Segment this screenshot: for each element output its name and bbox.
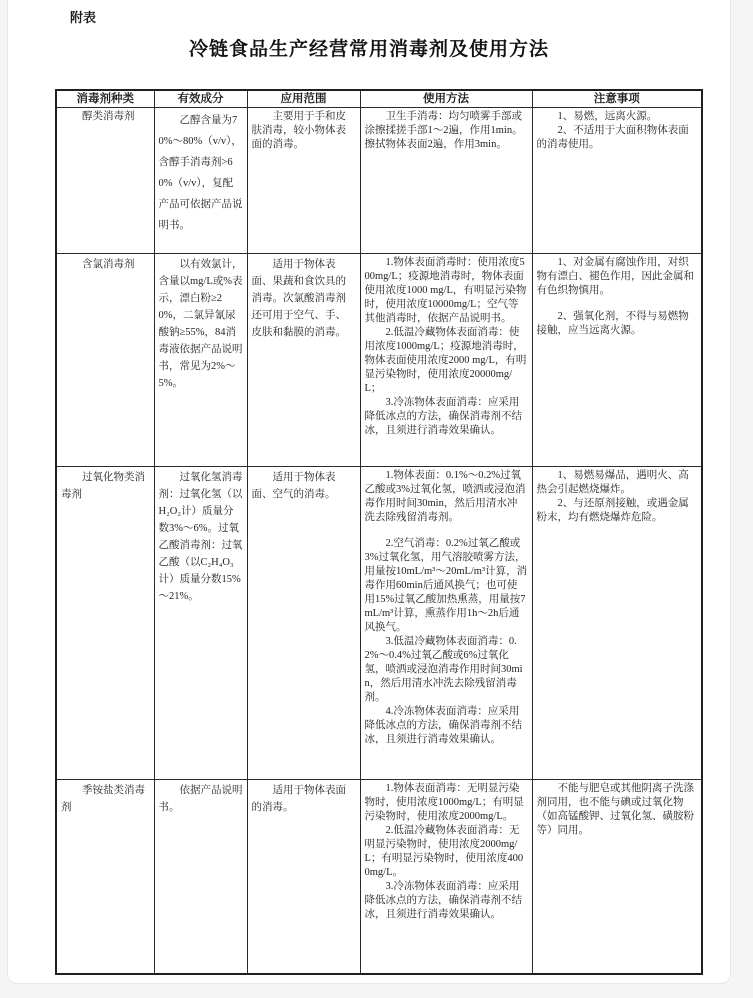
cell-usage: 1.物体表面：0.1%～0.2%过氧乙酸或3%过氧化氢，喷洒或浸泡消毒作用时间3…: [360, 467, 532, 780]
paragraph: 含氯消毒剂: [61, 256, 150, 273]
paragraph: 卫生手消毒：均匀喷雾手部或涂擦揉搓手部1～2遍，作用1min。擦拭物体表面2遍，…: [365, 110, 528, 152]
cell-scope: 适用于物体表面、果蔬和食饮具的消毒。次氯酸消毒剂还可用于空气、手、皮肤和黏膜的消…: [247, 254, 360, 467]
paragraph: 3.冷冻物体表面消毒：应采用降低冰点的方法，确保消毒剂不结冰，且须进行消毒效果确…: [365, 396, 528, 438]
table-header-row: 消毒剂种类 有效成分 应用范围 使用方法 注意事项: [56, 90, 702, 108]
cell-usage: 1.物体表面消毒：无明显污染物时，使用浓度1000mg/L；有明显污染物时，使用…: [360, 780, 532, 974]
paragraph: 3.低温冷藏物体表面消毒：0.2%～0.4%过氧乙酸或6%过氧化氢，喷洒或浸泡消…: [365, 635, 528, 705]
cell-usage: 卫生手消毒：均匀喷雾手部或涂擦揉搓手部1～2遍，作用1min。擦拭物体表面2遍，…: [360, 108, 532, 254]
paragraph: 乙醇含量为70%～80%（v/v），含醇手消毒剂>60%（v/v），复配产品可依…: [159, 110, 243, 236]
paragraph: 2.低温冷藏物体表面消毒：无明显污染物时，使用浓度2000mg/L；有明显污染物…: [365, 824, 528, 880]
table-row-alcohol: 醇类消毒剂 乙醇含量为70%～80%（v/v），含醇手消毒剂>60%（v/v），…: [56, 108, 702, 254]
cell-scope: 主要用于手和皮肤消毒，较小物体表面的消毒。: [247, 108, 360, 254]
paragraph: 适用于物体表面、果蔬和食饮具的消毒。次氯酸消毒剂还可用于空气、手、皮肤和黏膜的消…: [252, 256, 356, 341]
table-row-chlorine: 含氯消毒剂 以有效氯计，含量以mg/L或%表示，漂白粉≥20%，二氯异氰尿酸钠≥…: [56, 254, 702, 467]
paragraph: 1、易燃，远离火源。: [537, 110, 698, 124]
cell-notes: 1、对金属有腐蚀作用，对织物有漂白、褪色作用，因此金属和有色织物慎用。2、强氧化…: [532, 254, 702, 467]
paragraph: 2、强氧化剂，不得与易燃物接触，应当远离火源。: [537, 310, 698, 338]
cell-category: 醇类消毒剂: [56, 108, 154, 254]
cell-category: 过氧化物类消毒剂: [56, 467, 154, 780]
table-row-quaternary-ammonium: 季铵盐类消毒剂 依据产品说明书。 适用于物体表面的消毒。 1.物体表面消毒：无明…: [56, 780, 702, 974]
cell-scope: 适用于物体表面、空气的消毒。: [247, 467, 360, 780]
paragraph: 1.物体表面消毒：无明显污染物时，使用浓度1000mg/L；有明显污染物时，使用…: [365, 782, 528, 824]
paragraph: 4.冷冻物体表面消毒：应采用降低冰点的方法，确保消毒剂不结冰，且须进行消毒效果确…: [365, 705, 528, 747]
paragraph: 依据产品说明书。: [159, 782, 243, 816]
paragraph: 2.空气消毒：0.2%过氧乙酸或3%过氧化氢，用气溶胶喷雾方法，用量按10mL/…: [365, 537, 528, 635]
paragraph: 过氧化物类消毒剂: [61, 469, 150, 503]
header-notes: 注意事项: [532, 90, 702, 108]
paragraph: 2、与还原剂接触，或遇金属粉末，均有燃烧爆炸危险。: [537, 497, 698, 525]
cell-notes: 1、易燃，远离火源。2、不适用于大面积物体表面的消毒使用。: [532, 108, 702, 254]
paragraph: 1.物体表面消毒时：使用浓度500mg/L；疫源地消毒时，物体表面使用浓度100…: [365, 256, 528, 326]
cell-category: 季铵盐类消毒剂: [56, 780, 154, 974]
paragraph: 1、易燃易爆品，遇明火、高热会引起燃烧爆炸。: [537, 469, 698, 497]
paragraph: 适用于物体表面、空气的消毒。: [252, 469, 356, 503]
paragraph: 醇类消毒剂: [61, 110, 150, 124]
paragraph: 3.冷冻物体表面消毒：应采用降低冰点的方法，确保消毒剂不结冰，且须进行消毒效果确…: [365, 880, 528, 922]
cell-category: 含氯消毒剂: [56, 254, 154, 467]
paragraph: 季铵盐类消毒剂: [61, 782, 150, 816]
paragraph: 以有效氯计，含量以mg/L或%表示，漂白粉≥20%，二氯异氰尿酸钠≥55%，84…: [159, 256, 243, 392]
paragraph: 过氧化氢消毒剂：过氧化氢（以H₂O₂计）质量分数3%～6%。过氧乙酸消毒剂：过氧…: [159, 469, 243, 605]
paragraph: 2、不适用于大面积物体表面的消毒使用。: [537, 124, 698, 152]
cell-ingredients: 以有效氯计，含量以mg/L或%表示，漂白粉≥20%，二氯异氰尿酸钠≥55%，84…: [154, 254, 247, 467]
disinfectant-table-wrapper: 消毒剂种类 有效成分 应用范围 使用方法 注意事项 醇类消毒剂 乙醇含量为70%…: [55, 89, 703, 975]
appendix-tag: 附表: [70, 7, 96, 26]
paragraph: 1、对金属有腐蚀作用，对织物有漂白、褪色作用，因此金属和有色织物慎用。: [537, 256, 698, 298]
header-category: 消毒剂种类: [56, 90, 154, 108]
cell-notes: 不能与肥皂或其他阴离子洗涤剂同用，也不能与碘或过氧化物（如高锰酸钾、过氧化氢、磺…: [532, 780, 702, 974]
paragraph: 主要用于手和皮肤消毒，较小物体表面的消毒。: [252, 110, 356, 152]
cell-scope: 适用于物体表面的消毒。: [247, 780, 360, 974]
header-ingredients: 有效成分: [154, 90, 247, 108]
cell-ingredients: 过氧化氢消毒剂：过氧化氢（以H₂O₂计）质量分数3%～6%。过氧乙酸消毒剂：过氧…: [154, 467, 247, 780]
paragraph: 1.物体表面：0.1%～0.2%过氧乙酸或3%过氧化氢，喷洒或浸泡消毒作用时间3…: [365, 469, 528, 525]
page-title: 冷链食品生产经营常用消毒剂及使用方法: [8, 34, 730, 61]
paragraph: 2.低温冷藏物体表面消毒：使用浓度1000mg/L；疫源地消毒时，物体表面使用浓…: [365, 326, 528, 396]
header-usage: 使用方法: [360, 90, 532, 108]
paragraph: 不能与肥皂或其他阴离子洗涤剂同用，也不能与碘或过氧化物（如高锰酸钾、过氧化氢、磺…: [537, 782, 698, 838]
header-scope: 应用范围: [247, 90, 360, 108]
cell-usage: 1.物体表面消毒时：使用浓度500mg/L；疫源地消毒时，物体表面使用浓度100…: [360, 254, 532, 467]
table-row-peroxide: 过氧化物类消毒剂 过氧化氢消毒剂：过氧化氢（以H₂O₂计）质量分数3%～6%。过…: [56, 467, 702, 780]
disinfectant-table: 消毒剂种类 有效成分 应用范围 使用方法 注意事项 醇类消毒剂 乙醇含量为70%…: [55, 89, 703, 975]
cell-notes: 1、易燃易爆品，遇明火、高热会引起燃烧爆炸。2、与还原剂接触，或遇金属粉末，均有…: [532, 467, 702, 780]
cell-ingredients: 依据产品说明书。: [154, 780, 247, 974]
cell-ingredients: 乙醇含量为70%～80%（v/v），含醇手消毒剂>60%（v/v），复配产品可依…: [154, 108, 247, 254]
document-page: 附表 冷链食品生产经营常用消毒剂及使用方法 消毒剂种类 有效成分 应用范围 使用…: [7, 0, 731, 984]
paragraph: 适用于物体表面的消毒。: [252, 782, 356, 816]
